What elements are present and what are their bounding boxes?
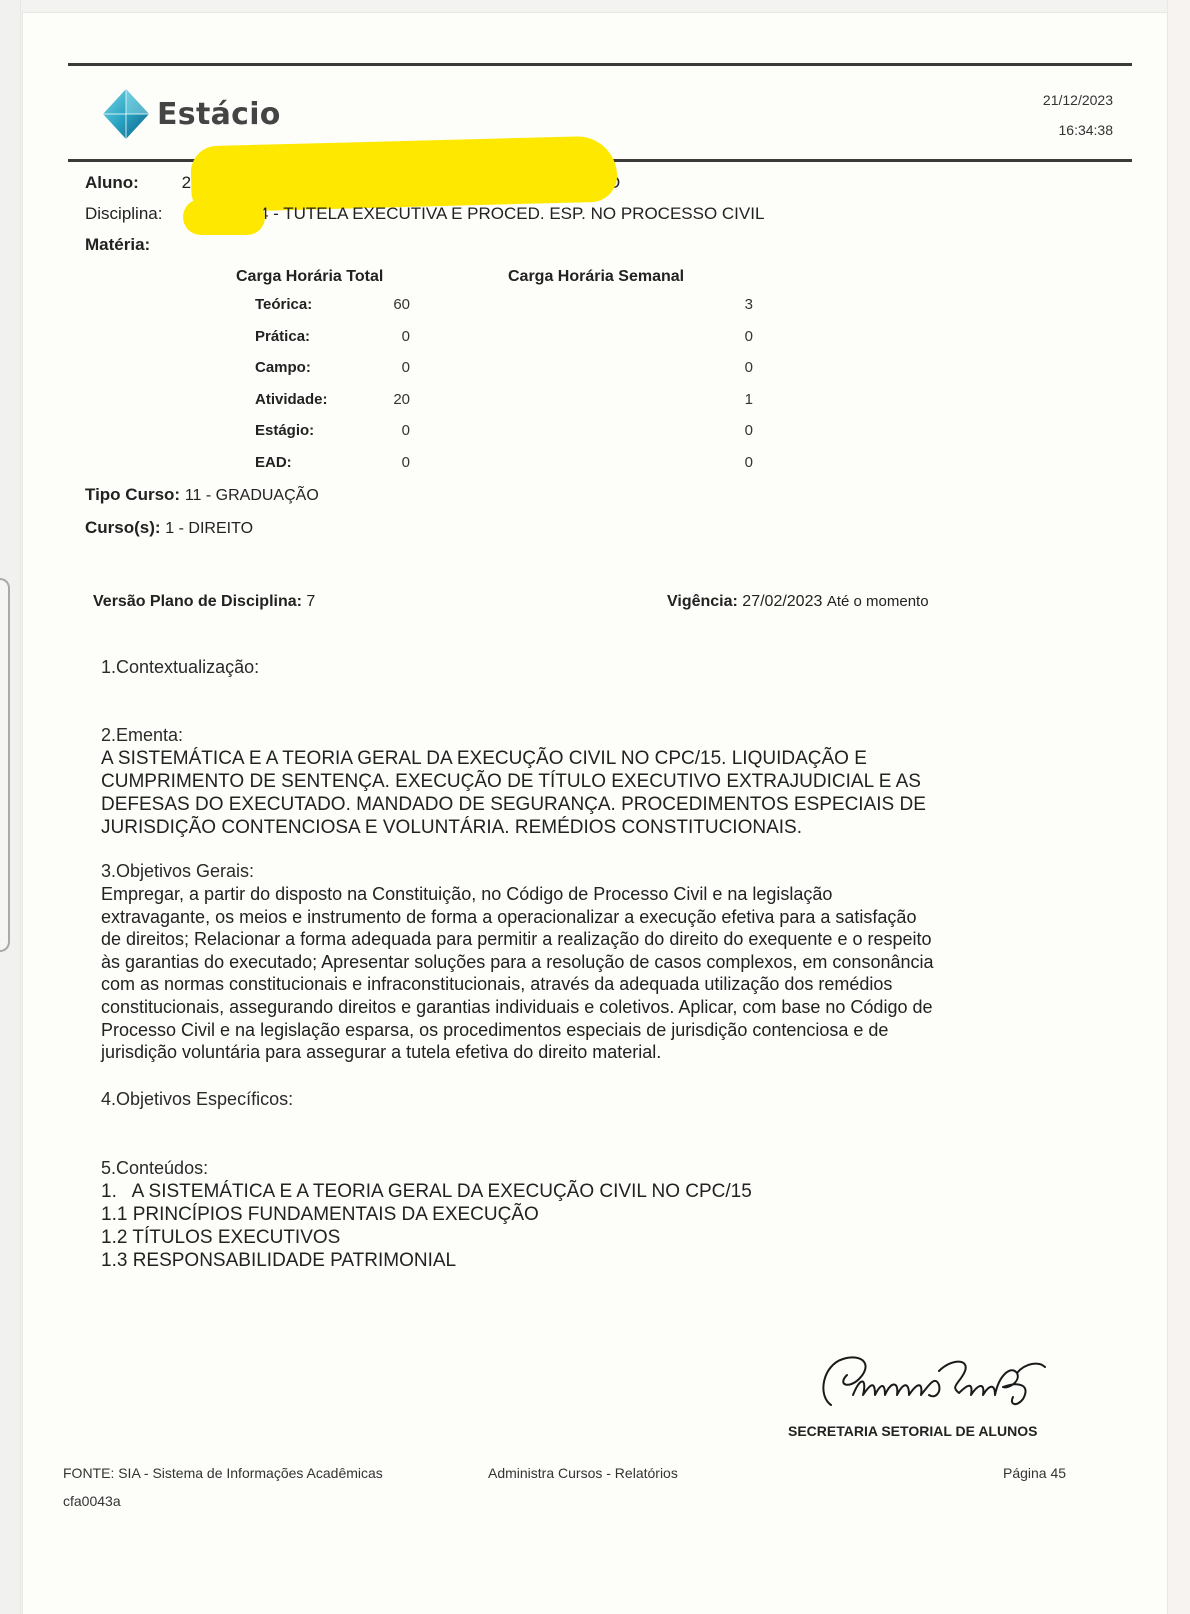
document-page: Estácio 21/12/2023 16:34:38 Aluno: 2 O D… — [22, 12, 1168, 1614]
disciplina-label: Disciplina: — [85, 204, 162, 224]
report-datetime: 21/12/2023 16:34:38 — [1043, 85, 1113, 145]
conteudo-item: 1.2 TÍTULOS EXECUTIVOS — [101, 1226, 1061, 1249]
versao-field: Versão Plano de Disciplina: 7 — [93, 593, 315, 611]
objetivos-gerais-title: 3.Objetivos Gerais: — [101, 861, 254, 882]
cursos-value: 1 - DIREITO — [165, 520, 253, 537]
carga-row-label: Campo: — [255, 359, 311, 376]
objetivos-line: jurisdição voluntária para assegurar a t… — [101, 1041, 1061, 1064]
carga-semanal-header: Carga Horária Semanal — [508, 268, 684, 286]
vigencia-until: Até o momento — [827, 593, 929, 610]
header-top-rule — [68, 63, 1132, 66]
brand-name: Estácio — [157, 97, 281, 132]
objetivos-gerais-text: Empregar, a partir do disposto na Consti… — [101, 883, 1061, 1064]
tipo-curso-field: Tipo Curso: 11 - GRADUAÇÃO — [85, 485, 319, 505]
ementa-line: CUMPRIMENTO DE SENTENÇA. EXECUÇÃO DE TÍT… — [101, 770, 1061, 793]
carga-row-semanal: 0 — [733, 359, 753, 376]
signature-image — [813, 1345, 1063, 1415]
objetivos-line: de direitos; Relacionar a forma adequada… — [101, 928, 1061, 951]
objetivos-line: constitucionais, assegurando direitos e … — [101, 996, 1061, 1019]
footer-report-code: cfa0043a — [63, 1493, 121, 1509]
report-time: 16:34:38 — [1043, 115, 1113, 145]
materia-field: Matéria: — [85, 235, 150, 255]
ementa-line: DEFESAS DO EXECUTADO. MANDADO DE SEGURAN… — [101, 793, 1061, 816]
carga-row-total: 0 — [402, 328, 410, 345]
footer-module: Administra Cursos - Relatórios — [488, 1465, 678, 1481]
carga-row-semanal: 1 — [733, 391, 753, 408]
footer-source: FONTE: SIA - Sistema de Informações Acad… — [63, 1465, 383, 1481]
objetivos-line: extravagante, os meios e instrumento de … — [101, 906, 1061, 929]
disciplina-value: 4 - TUTELA EXECUTIVA E PROCED. ESP. NO P… — [259, 204, 764, 224]
carga-row-label: Teórica: — [255, 296, 312, 313]
signature-caption: SECRETARIA SETORIAL DE ALUNOS — [788, 1423, 1037, 1439]
tipo-curso-label: Tipo Curso: — [85, 485, 180, 504]
carga-row-total: 60 — [393, 296, 410, 313]
objetivos-line: com as normas constitucionais e infracon… — [101, 973, 1061, 996]
tipo-curso-value: 11 - GRADUAÇÃO — [185, 487, 319, 504]
estacio-logo: Estácio — [101, 87, 281, 141]
cursos-label: Curso(s): — [85, 518, 161, 537]
redaction-disciplina-code — [183, 199, 265, 235]
objetivos-line: Processo Civil e na legislação esparsa, … — [101, 1019, 1061, 1042]
carga-row-semanal: 0 — [733, 328, 753, 345]
materia-label: Matéria: — [85, 235, 150, 254]
conteudo-item: 1. A SISTEMÁTICA E A TEORIA GERAL DA EXE… — [101, 1180, 1061, 1203]
aluno-field: Aluno: 2 — [85, 173, 191, 193]
objetivos-line: às garantias do executado; Apresentar so… — [101, 951, 1061, 974]
estacio-diamond-icon — [101, 87, 151, 141]
carga-row-semanal: 0 — [733, 454, 753, 471]
ementa-line: A SISTEMÁTICA E A TEORIA GERAL DA EXECUÇ… — [101, 747, 1061, 770]
carga-total-header: Carga Horária Total — [236, 268, 383, 286]
contextualizacao-title: 1.Contextualização: — [101, 657, 259, 678]
scroll-handle[interactable] — [0, 578, 10, 952]
viewer-right-edge — [1167, 0, 1190, 1614]
carga-row-total: 0 — [402, 454, 410, 471]
conteudos-title: 5.Conteúdos: — [101, 1158, 208, 1179]
cursos-field: Curso(s): 1 - DIREITO — [85, 518, 253, 538]
report-date: 21/12/2023 — [1043, 85, 1113, 115]
ementa-text: A SISTEMÁTICA E A TEORIA GERAL DA EXECUÇ… — [101, 747, 1061, 839]
carga-row-label: EAD: — [255, 454, 292, 471]
aluno-label: Aluno: — [85, 173, 139, 192]
ementa-line: JURISDIÇÃO CONTENCIOSA E VOLUNTÁRIA. REM… — [101, 816, 1061, 839]
versao-value: 7 — [306, 593, 315, 610]
conteudos-list: 1. A SISTEMÁTICA E A TEORIA GERAL DA EXE… — [101, 1180, 1061, 1272]
conteudo-item: 1.1 PRINCÍPIOS FUNDAMENTAIS DA EXECUÇÃO — [101, 1203, 1061, 1226]
objetivos-line: Empregar, a partir do disposto na Consti… — [101, 883, 1061, 906]
ementa-title: 2.Ementa: — [101, 725, 183, 746]
carga-row-total: 0 — [402, 359, 410, 376]
aluno-value-start: 2 — [182, 173, 191, 192]
carga-row-label: Estágio: — [255, 422, 314, 439]
carga-row-total: 20 — [393, 391, 410, 408]
carga-row-total: 0 — [402, 422, 410, 439]
vigencia-label: Vigência: — [667, 593, 738, 610]
objetivos-especificos-title: 4.Objetivos Específicos: — [101, 1089, 293, 1110]
carga-row-label: Prática: — [255, 328, 310, 345]
footer-page-number: Página 45 — [1003, 1465, 1066, 1481]
vigencia-field: Vigência: 27/02/2023 Até o momento — [667, 593, 929, 611]
carga-row-semanal: 3 — [733, 296, 753, 313]
vigencia-date: 27/02/2023 — [742, 593, 822, 610]
carga-row-label: Atividade: — [255, 391, 328, 408]
versao-label: Versão Plano de Disciplina: — [93, 593, 302, 610]
conteudo-item: 1.3 RESPONSABILIDADE PATRIMONIAL — [101, 1249, 1061, 1272]
carga-row-semanal: 0 — [733, 422, 753, 439]
